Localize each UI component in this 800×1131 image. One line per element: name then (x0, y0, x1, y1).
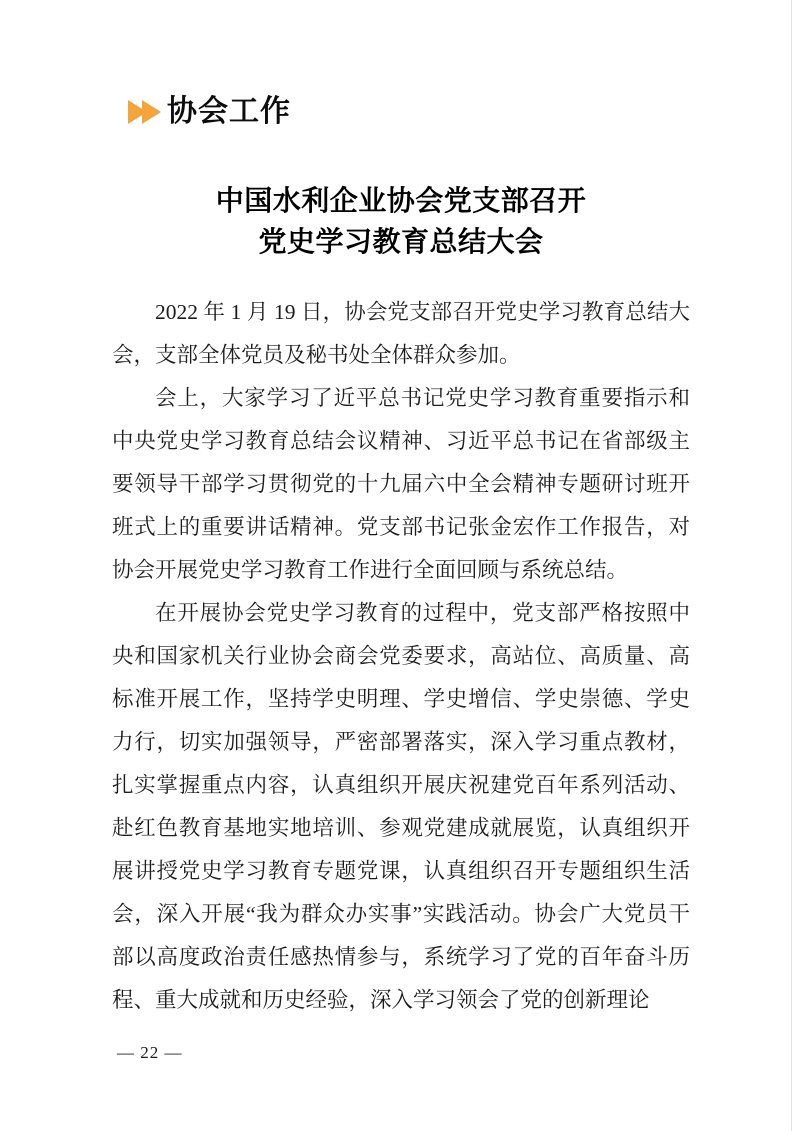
page-edge-divider (791, 0, 792, 1131)
paragraph: 在开展协会党史学习教育的过程中，党支部严格按照中央和国家机关行业协会商会党委要求… (112, 592, 690, 1022)
paragraph: 2022 年 1 月 19 日，协会党支部召开党史学习教育总结大会，支部全体党员… (112, 291, 690, 377)
article-body: 2022 年 1 月 19 日，协会党支部召开党史学习教育总结大会，支部全体党员… (112, 291, 690, 1022)
section-header-label: 协会工作 (167, 94, 291, 130)
article-title: 中国水利企业协会党支部召开 党史学习教育总结大会 (112, 181, 690, 263)
section-header: 协会工作 (128, 94, 291, 130)
double-arrow-icon (128, 100, 161, 124)
article-title-line-2: 党史学习教育总结大会 (112, 222, 690, 263)
page-number: — 22 — (117, 1043, 183, 1063)
paragraph: 会上，大家学习了近平总书记党史学习教育重要指示和中央党史学习教育总结会议精神、习… (112, 377, 690, 592)
arrow-right-icon (142, 100, 161, 124)
article-title-line-1: 中国水利企业协会党支部召开 (112, 181, 690, 222)
document-page: 协会工作 中国水利企业协会党支部召开 党史学习教育总结大会 2022 年 1 月… (0, 0, 800, 1131)
